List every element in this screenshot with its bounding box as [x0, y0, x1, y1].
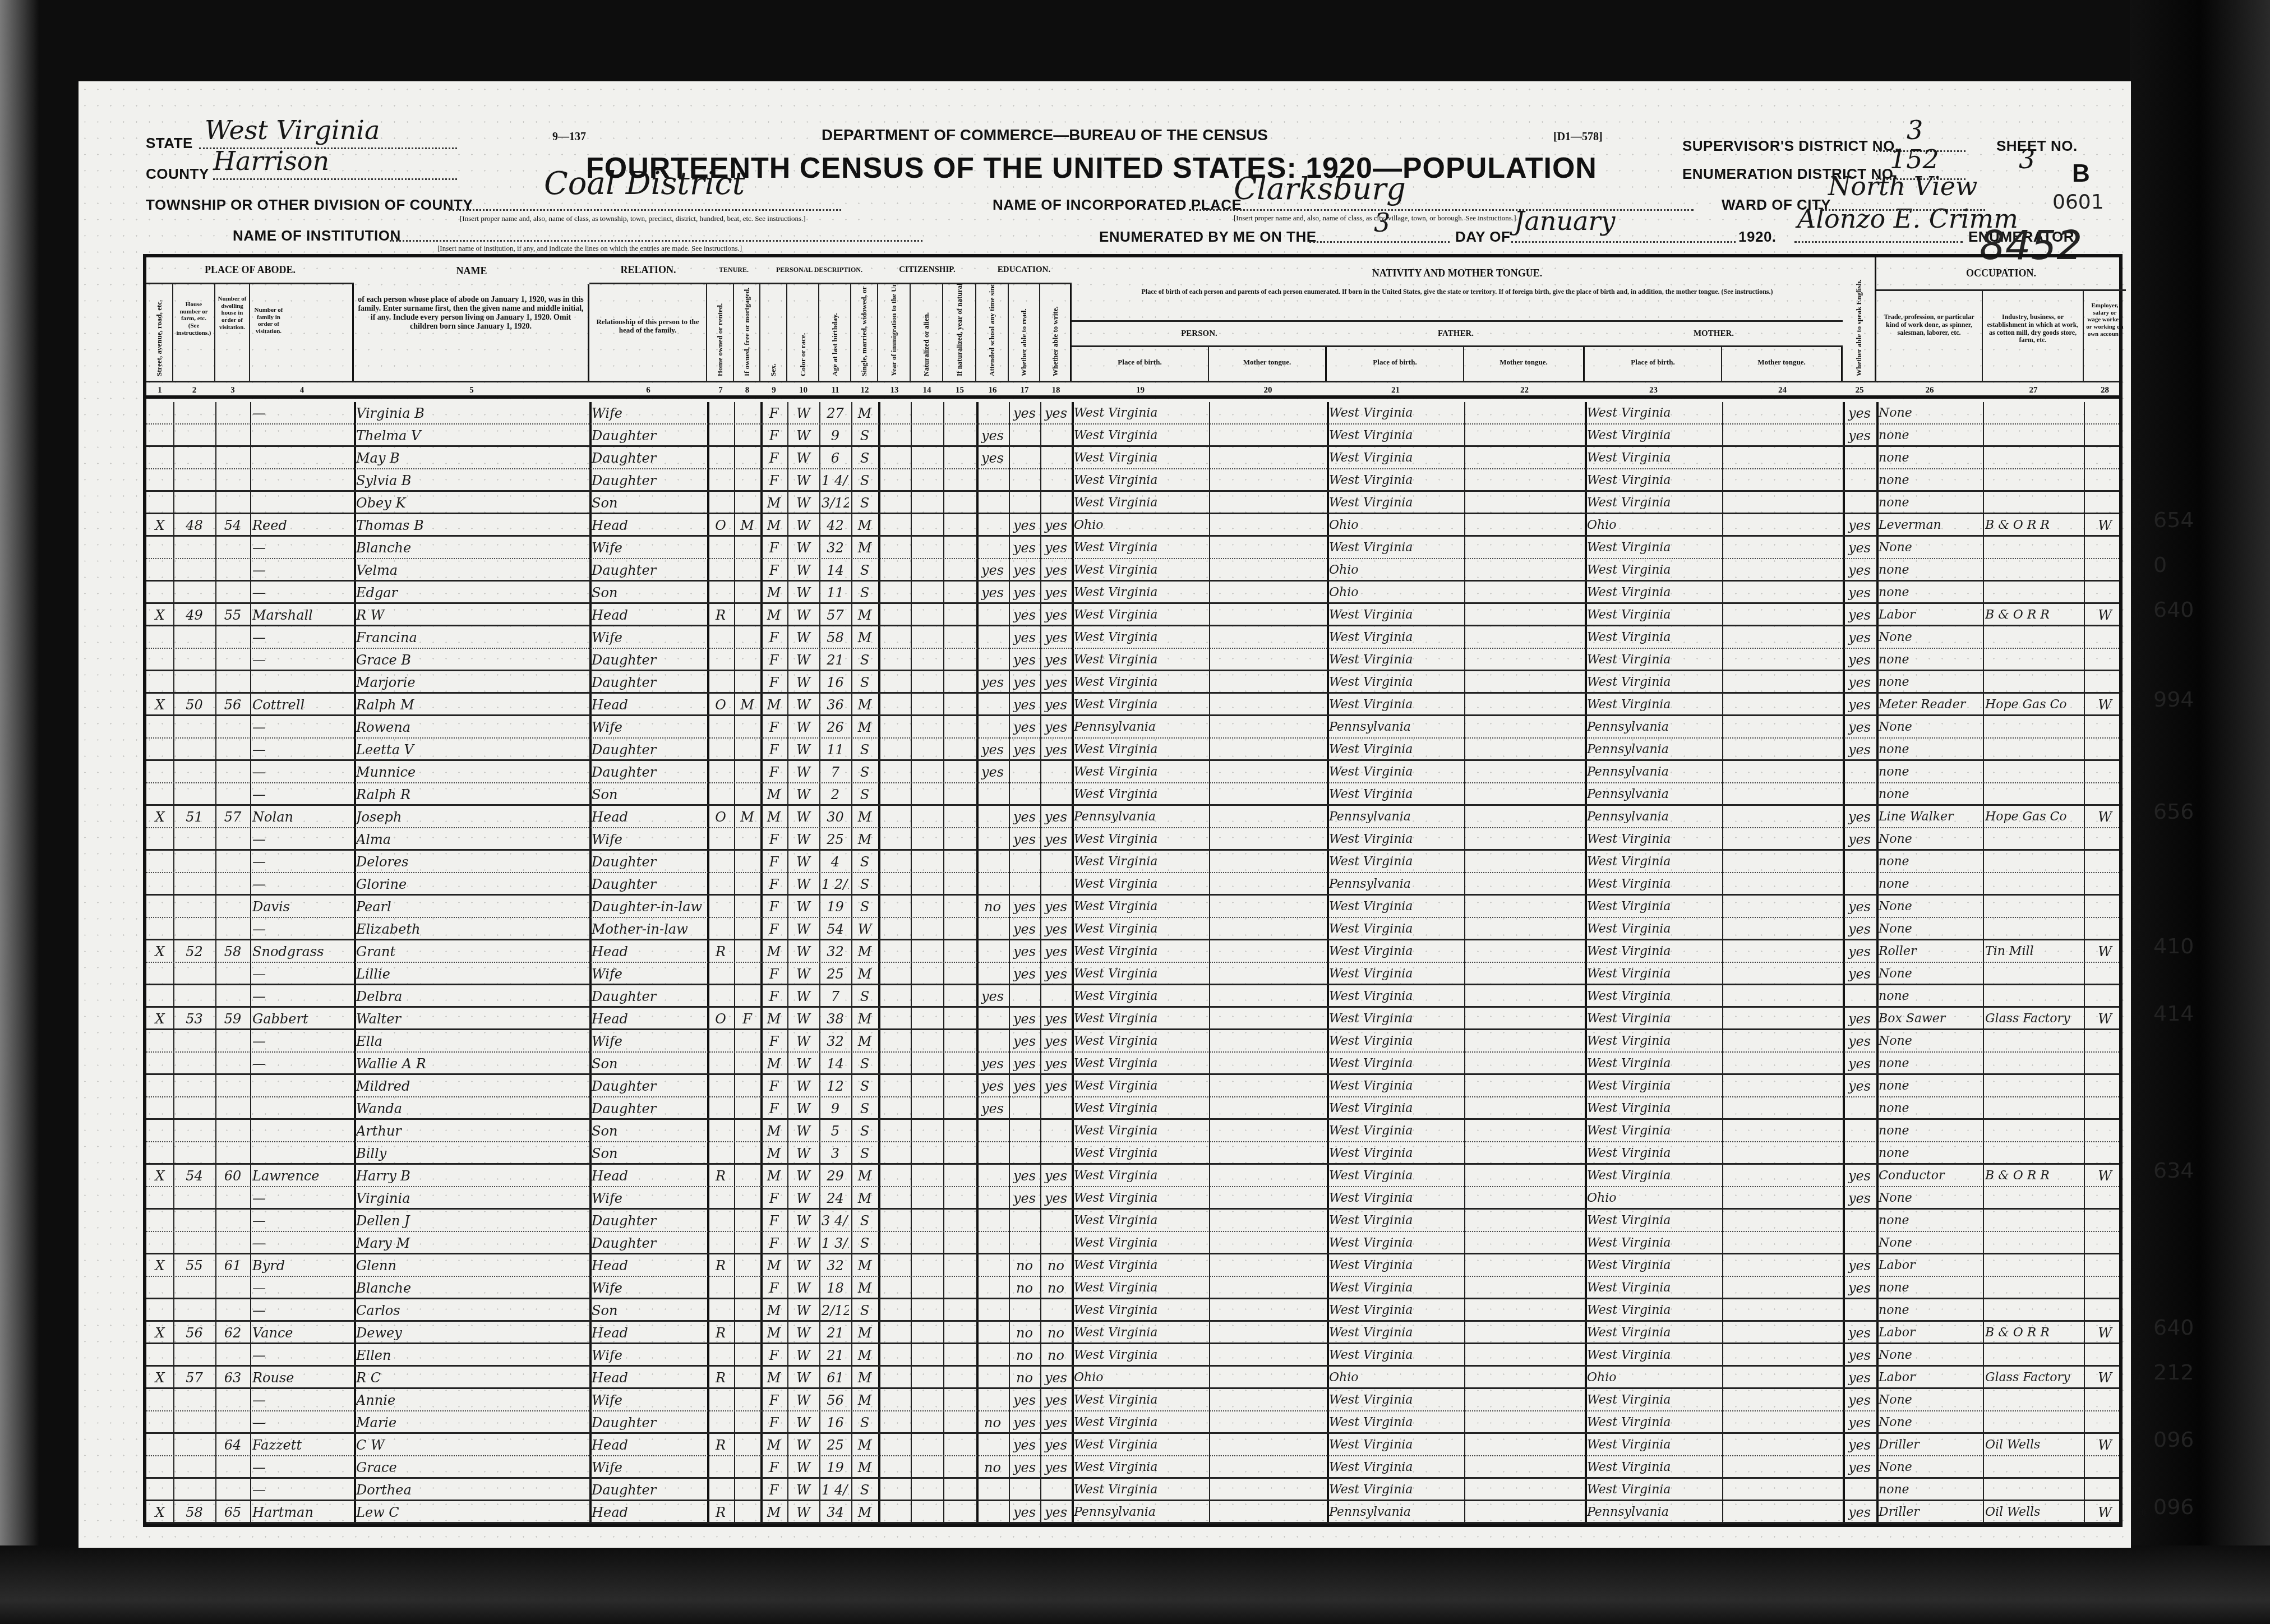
cell-given: Dorthea	[356, 1479, 587, 1501]
cell-relation: Daughter	[592, 1097, 705, 1120]
cell-marital: S	[853, 1210, 876, 1232]
cell-write	[1042, 851, 1069, 873]
cell-occupation: Box Sawer	[1879, 1008, 1981, 1030]
cell-father-birth: Ohio	[1329, 1367, 1462, 1389]
cell-marital: M	[853, 1187, 876, 1210]
cell-given: R W	[356, 604, 587, 626]
cell-write: yes	[1042, 1389, 1069, 1411]
cell-surname: —	[252, 1411, 352, 1434]
cell-family	[218, 1187, 248, 1210]
cell-family: 63	[218, 1367, 248, 1389]
cell-school	[979, 828, 1007, 851]
cell-read: yes	[1011, 1187, 1038, 1210]
col-19-head: Place of birth.	[1072, 347, 1209, 381]
form-code: [D1—578]	[1553, 131, 1603, 144]
cell-mark: X	[149, 1501, 171, 1524]
cell-mark	[149, 918, 171, 940]
cell-surname: —	[252, 582, 352, 604]
cell-sex: F	[763, 963, 785, 985]
cell-father-birth: West Virginia	[1329, 1479, 1462, 1501]
cell-given: Leetta V	[356, 739, 587, 761]
cell-given: Grace B	[356, 649, 587, 671]
cell-father-birth: West Virginia	[1329, 1142, 1462, 1165]
cell-race: W	[790, 828, 817, 851]
cell-mark	[149, 873, 171, 896]
line-number: 89	[2131, 1260, 2159, 1272]
cell-write: no	[1042, 1254, 1069, 1277]
cell-read: yes	[1011, 514, 1038, 537]
cell-class	[2086, 559, 2124, 582]
cell-mother-birth: West Virginia	[1587, 469, 1720, 492]
cell-occupation: none	[1879, 1053, 1981, 1075]
cell-industry	[1985, 1277, 2082, 1299]
cell-father-birth: Pennsylvania	[1329, 806, 1462, 828]
cell-father-birth: West Virginia	[1329, 1344, 1462, 1367]
incorporated-place-line	[1189, 209, 1694, 211]
cell-write	[1042, 783, 1069, 806]
table-row: —BlancheWifeFW18MnonoWest VirginiaWest V…	[146, 1277, 2119, 1299]
cell-mark	[149, 1299, 171, 1322]
cell-own	[709, 1075, 732, 1097]
margin-note: 410	[2153, 934, 2194, 958]
cell-surname: —	[252, 783, 352, 806]
cell-marital: S	[853, 739, 876, 761]
cell-mother-birth: West Virginia	[1587, 1008, 1720, 1030]
cell-surname: Snodgrass	[252, 940, 352, 963]
cell-own	[709, 963, 732, 985]
cell-family	[218, 559, 248, 582]
cell-industry: Tin Mill	[1985, 940, 2082, 963]
cell-mort	[736, 402, 758, 425]
cell-read: no	[1011, 1277, 1038, 1299]
col-1-head: Street, avenue, road, etc.	[146, 284, 173, 381]
cell-class: W	[2086, 1322, 2124, 1344]
cell-birth: Pennsylvania	[1074, 806, 1207, 828]
cell-dwelling	[176, 1411, 213, 1434]
cell-given: Billy	[356, 1142, 587, 1165]
cell-occupation: Labor	[1879, 1322, 1981, 1344]
cell-mother-birth: West Virginia	[1587, 1097, 1720, 1120]
line-number: 65	[2131, 722, 2159, 733]
cell-father-birth: West Virginia	[1329, 1254, 1462, 1277]
cell-marital: M	[853, 626, 876, 649]
margin-note: 640	[2153, 597, 2194, 622]
cell-dwelling	[176, 828, 213, 851]
cell-english	[1845, 1097, 1874, 1120]
line-number: 70	[2131, 834, 2159, 846]
cell-read	[1011, 492, 1038, 514]
cell-write: yes	[1042, 1411, 1069, 1434]
cell-relation: Wife	[592, 716, 705, 739]
cell-dwelling: 53	[176, 1008, 213, 1030]
cell-surname	[252, 469, 352, 492]
cell-surname	[252, 1075, 352, 1097]
cell-family	[218, 492, 248, 514]
cell-school	[979, 806, 1007, 828]
cell-mark	[149, 1030, 171, 1053]
column-number: 20	[1209, 382, 1327, 395]
cell-english: yes	[1845, 940, 1874, 963]
cell-write: yes	[1042, 1165, 1069, 1187]
cell-race: W	[790, 761, 817, 783]
cell-read: yes	[1011, 739, 1038, 761]
cell-age: 14	[822, 1053, 849, 1075]
cell-mort	[736, 1389, 758, 1411]
cell-race: W	[790, 694, 817, 716]
cell-dwelling: 48	[176, 514, 213, 537]
cell-father-birth: West Virginia	[1329, 469, 1462, 492]
cell-relation: Wife	[592, 1277, 705, 1299]
enumerated-year: 1920.	[1738, 228, 1777, 246]
cell-occupation: none	[1879, 1142, 1981, 1165]
cell-family	[218, 896, 248, 918]
cell-surname: —	[252, 716, 352, 739]
cell-family	[218, 1120, 248, 1142]
cell-english: yes	[1845, 918, 1874, 940]
cell-mark: X	[149, 514, 171, 537]
cell-age: 54	[822, 918, 849, 940]
cell-sex: F	[763, 739, 785, 761]
cell-race: W	[790, 963, 817, 985]
cell-read: yes	[1011, 1053, 1038, 1075]
cell-class: W	[2086, 1008, 2124, 1030]
cell-school	[979, 1299, 1007, 1322]
cell-age: 6	[822, 447, 849, 469]
col-14-head: Naturalized or alien.	[911, 284, 943, 381]
cell-read: no	[1011, 1367, 1038, 1389]
enumerated-month: January	[1514, 206, 1616, 236]
cell-write: yes	[1042, 828, 1069, 851]
cell-family	[218, 963, 248, 985]
cell-family	[218, 582, 248, 604]
cell-industry: Hope Gas Co	[1985, 806, 2082, 828]
cell-surname: Lawrence	[252, 1165, 352, 1187]
institution-hint: [Insert name of institution, if any, and…	[437, 244, 742, 253]
cell-father-birth: West Virginia	[1329, 626, 1462, 649]
cell-school	[979, 1142, 1007, 1165]
cell-english	[1845, 1142, 1874, 1165]
cell-race: W	[790, 1501, 817, 1524]
cell-occupation: Meter Reader	[1879, 694, 1981, 716]
table-row: X5662VanceDeweyHeadRMW21MnonoWest Virgin…	[146, 1322, 2119, 1344]
margin-note: 656	[2153, 799, 2194, 824]
cell-race: W	[790, 896, 817, 918]
cell-given: Alma	[356, 828, 587, 851]
cell-age: 16	[822, 671, 849, 694]
cell-class	[2086, 716, 2124, 739]
cell-relation: Head	[592, 1434, 705, 1456]
cell-surname: Reed	[252, 514, 352, 537]
township-line	[449, 209, 841, 211]
table-row: —MarieDaughterFW16SnoyesyesWest Virginia…	[146, 1411, 2119, 1434]
cell-mort	[736, 671, 758, 694]
cell-mother-birth: West Virginia	[1587, 559, 1720, 582]
cell-father-birth: West Virginia	[1329, 604, 1462, 626]
corner-note-stamp: 0601	[2052, 191, 2104, 214]
cell-given: Pearl	[356, 896, 587, 918]
column-number: 27	[1983, 382, 2084, 395]
cell-mark: X	[149, 1008, 171, 1030]
cell-race: W	[790, 1165, 817, 1187]
cell-mother-birth: West Virginia	[1587, 1344, 1720, 1367]
cell-english: yes	[1845, 896, 1874, 918]
cell-mort	[736, 1142, 758, 1165]
cell-father-birth: West Virginia	[1329, 940, 1462, 963]
cell-mort	[736, 1030, 758, 1053]
cell-dwelling: 50	[176, 694, 213, 716]
cell-birth: West Virginia	[1074, 1277, 1207, 1299]
supervisor-value: 3	[1907, 115, 1923, 145]
cell-own	[709, 1142, 732, 1165]
cell-mother-birth: West Virginia	[1587, 626, 1720, 649]
column-number: 14	[911, 382, 943, 395]
table-row: —LillieWifeFW25MyesyesWest VirginiaWest …	[146, 963, 2119, 985]
cell-mark	[149, 626, 171, 649]
cell-school	[979, 918, 1007, 940]
cell-father-birth: West Virginia	[1329, 1075, 1462, 1097]
cell-marital: S	[853, 985, 876, 1008]
cell-write	[1042, 469, 1069, 492]
cell-surname: Marshall	[252, 604, 352, 626]
cell-read: yes	[1011, 918, 1038, 940]
cell-sex: F	[763, 1277, 785, 1299]
cell-mark	[149, 739, 171, 761]
cell-school	[979, 514, 1007, 537]
cell-relation: Head	[592, 1008, 705, 1030]
cell-race: W	[790, 582, 817, 604]
table-row: —AlmaWifeFW25MyesyesWest VirginiaWest Vi…	[146, 828, 2119, 851]
cell-school	[979, 649, 1007, 671]
cell-industry	[1985, 985, 2082, 1008]
cell-sex: F	[763, 1030, 785, 1053]
cell-father-birth: West Virginia	[1329, 447, 1462, 469]
cell-given: Francina	[356, 626, 587, 649]
cell-occupation: None	[1879, 1187, 1981, 1210]
cell-mother-birth: West Virginia	[1587, 1165, 1720, 1187]
cell-mother-birth: West Virginia	[1587, 694, 1720, 716]
cell-industry	[1985, 1411, 2082, 1434]
cell-race: W	[790, 1434, 817, 1456]
cell-surname: Cottrell	[252, 694, 352, 716]
table-row: X5258SnodgrassGrantHeadRMW32MyesyesWest …	[146, 940, 2119, 963]
cell-dwelling	[176, 1389, 213, 1411]
cell-given: Dellen J	[356, 1210, 587, 1232]
cell-class	[2086, 761, 2124, 783]
cell-birth: West Virginia	[1074, 649, 1207, 671]
cell-father-birth: Ohio	[1329, 559, 1462, 582]
cell-mark: X	[149, 1367, 171, 1389]
cell-mother-birth: West Virginia	[1587, 896, 1720, 918]
cell-age: 25	[822, 828, 849, 851]
cell-race: W	[790, 940, 817, 963]
cell-mark	[149, 985, 171, 1008]
cell-relation: Daughter	[592, 649, 705, 671]
cell-dwelling	[176, 1456, 213, 1479]
cell-age: 36	[822, 694, 849, 716]
cell-age: 24	[822, 1187, 849, 1210]
cell-write: yes	[1042, 716, 1069, 739]
table-row: BillySonMW3SWest VirginiaWest VirginiaWe…	[146, 1142, 2119, 1165]
cell-own: R	[709, 1254, 732, 1277]
cell-mark	[149, 671, 171, 694]
cell-age: 25	[822, 1434, 849, 1456]
cell-birth: West Virginia	[1074, 940, 1207, 963]
cell-race: W	[790, 492, 817, 514]
cell-dwelling	[176, 1053, 213, 1075]
table-row: —Wallie A RSonMW14SyesyesyesWest Virgini…	[146, 1053, 2119, 1075]
cell-write	[1042, 1142, 1069, 1165]
margin-note: 0	[2153, 552, 2167, 577]
cell-marital: S	[853, 671, 876, 694]
cell-race: W	[790, 1411, 817, 1434]
group-citizenship: Citizenship.	[878, 257, 976, 284]
cell-age: 61	[822, 1367, 849, 1389]
cell-given: Rowena	[356, 716, 587, 739]
cell-english: yes	[1845, 716, 1874, 739]
cell-own	[709, 649, 732, 671]
cell-read: yes	[1011, 559, 1038, 582]
cell-race: W	[790, 1456, 817, 1479]
cell-marital: S	[853, 1053, 876, 1075]
cell-mark	[149, 1389, 171, 1411]
cell-read: yes	[1011, 1030, 1038, 1053]
cell-father-birth: West Virginia	[1329, 1008, 1462, 1030]
cell-family: 59	[218, 1008, 248, 1030]
cell-relation: Daughter	[592, 851, 705, 873]
cell-relation: Wife	[592, 1344, 705, 1367]
table-row: Thelma VDaughterFW9SyesWest VirginiaWest…	[146, 425, 2119, 447]
cell-father-birth: West Virginia	[1329, 1434, 1462, 1456]
cell-dwelling	[176, 671, 213, 694]
cell-mark: X	[149, 1322, 171, 1344]
column-number: 5	[354, 382, 589, 395]
cell-read	[1011, 1142, 1038, 1165]
cell-write: yes	[1042, 739, 1069, 761]
table-row: —VelmaDaughterFW14SyesyesyesWest Virgini…	[146, 559, 2119, 582]
table-row: —DelbraDaughterFW7SyesWest VirginiaWest …	[146, 985, 2119, 1008]
cell-occupation: none	[1879, 469, 1981, 492]
cell-sex: M	[763, 783, 785, 806]
cell-mother-birth: Pennsylvania	[1587, 739, 1720, 761]
cell-write	[1042, 1097, 1069, 1120]
cell-school	[979, 402, 1007, 425]
cell-age: 5	[822, 1120, 849, 1142]
cell-read: yes	[1011, 402, 1038, 425]
cell-read: yes	[1011, 582, 1038, 604]
cell-father-birth: West Virginia	[1329, 1299, 1462, 1322]
cell-write: yes	[1042, 1434, 1069, 1456]
cell-occupation: None	[1879, 1232, 1981, 1254]
cell-given: Velma	[356, 559, 587, 582]
cell-english: yes	[1845, 1075, 1874, 1097]
cell-industry	[1985, 1075, 2082, 1097]
cell-mort	[736, 963, 758, 985]
cell-mort	[736, 783, 758, 806]
cell-occupation: None	[1879, 896, 1981, 918]
cell-marital: S	[853, 1411, 876, 1434]
cell-mort	[736, 1053, 758, 1075]
cell-school: yes	[979, 582, 1007, 604]
cell-surname: —	[252, 649, 352, 671]
cell-mark	[149, 425, 171, 447]
cell-surname: —	[252, 1479, 352, 1501]
cell-mort: M	[736, 514, 758, 537]
cell-surname: —	[252, 402, 352, 425]
cell-mark	[149, 1097, 171, 1120]
cell-own: R	[709, 1322, 732, 1344]
cell-surname	[252, 425, 352, 447]
cell-sex: F	[763, 626, 785, 649]
group-nativity-title: Nativity and Mother Tongue.	[1372, 267, 1542, 279]
cell-family: 54	[218, 514, 248, 537]
cell-birth: West Virginia	[1074, 1075, 1207, 1097]
cell-school: yes	[979, 1075, 1007, 1097]
cell-given: Harry B	[356, 1165, 587, 1187]
cell-relation: Daughter	[592, 671, 705, 694]
column-number: 10	[787, 382, 819, 395]
cell-school	[979, 1165, 1007, 1187]
cell-race: W	[790, 1277, 817, 1299]
cell-mother-birth: Ohio	[1587, 514, 1720, 537]
cell-industry	[1985, 783, 2082, 806]
cell-own	[709, 492, 732, 514]
cell-write: yes	[1042, 806, 1069, 828]
cell-race: W	[790, 604, 817, 626]
cell-birth: West Virginia	[1074, 985, 1207, 1008]
cell-occupation: None	[1879, 716, 1981, 739]
cell-age: 30	[822, 806, 849, 828]
cell-own: R	[709, 1501, 732, 1524]
cell-relation: Head	[592, 694, 705, 716]
cell-mother-birth: West Virginia	[1587, 1389, 1720, 1411]
cell-given: Joseph	[356, 806, 587, 828]
cell-school	[979, 1479, 1007, 1501]
cell-own: R	[709, 1434, 732, 1456]
cell-relation: Wife	[592, 1030, 705, 1053]
cell-relation: Head	[592, 1501, 705, 1524]
cell-mort	[736, 918, 758, 940]
cell-race: W	[790, 1254, 817, 1277]
cell-sex: F	[763, 1097, 785, 1120]
cell-marital: S	[853, 1120, 876, 1142]
cell-english: yes	[1845, 425, 1874, 447]
cell-industry	[1985, 582, 2082, 604]
cell-marital: M	[853, 806, 876, 828]
table-row: X5157NolanJosephHeadOMMW30MyesyesPennsyl…	[146, 806, 2119, 828]
cell-mark	[149, 783, 171, 806]
column-number: 3	[215, 382, 250, 395]
col-15-head: If naturalized, year of naturalization.	[943, 284, 976, 381]
cell-marital: S	[853, 492, 876, 514]
cell-sex: F	[763, 537, 785, 559]
cell-read: yes	[1011, 1389, 1038, 1411]
cell-race: W	[790, 716, 817, 739]
line-number: 98	[2131, 1462, 2159, 1474]
cell-given: Grace	[356, 1456, 587, 1479]
cell-english	[1845, 1210, 1874, 1232]
cell-marital: M	[853, 694, 876, 716]
line-number: 67	[2131, 767, 2159, 778]
cell-class	[2086, 537, 2124, 559]
cell-mark	[149, 447, 171, 469]
cell-sex: F	[763, 1411, 785, 1434]
cell-age: 18	[822, 1277, 849, 1299]
cell-industry	[1985, 873, 2082, 896]
cell-own	[709, 896, 732, 918]
cell-class	[2086, 1277, 2124, 1299]
cell-english	[1845, 761, 1874, 783]
cell-family: 57	[218, 806, 248, 828]
